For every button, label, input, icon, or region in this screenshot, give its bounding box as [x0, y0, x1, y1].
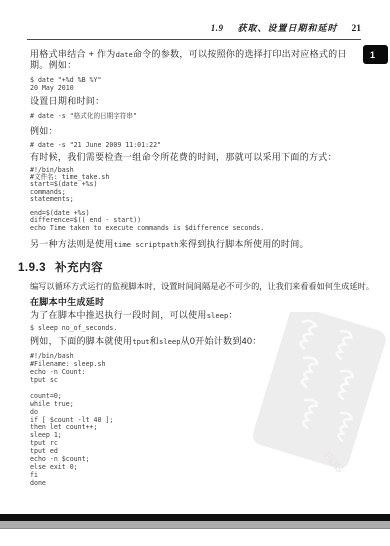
- code-line: $ sleep no_of_seconds.: [30, 325, 364, 333]
- header-section-title: 获取、设置日期和延时: [237, 21, 337, 34]
- chapter-number-tab: 1: [363, 45, 388, 64]
- code-line: then let count++;: [30, 424, 364, 432]
- code-line: echo -n $count;: [30, 456, 364, 464]
- code-line: commands;: [30, 189, 364, 196]
- text-segment: 编写以循环方式运行的监视脚本时，设置时间间隔是必不可少的，让我们来看看如何生成延…: [30, 282, 374, 291]
- chapter-number: 1: [370, 50, 375, 60]
- code-line: # date -s "21 June 2009 11:01:22": [30, 142, 364, 150]
- page-edge-line: [0, 528, 390, 529]
- code-block: $ sleep no_of_seconds.: [30, 325, 364, 333]
- code-line: [30, 385, 364, 393]
- text-segment: 从0开始计数到40：: [181, 336, 262, 346]
- code-line: else exit 0;: [30, 464, 364, 472]
- text-segment: 例如：: [30, 126, 58, 136]
- code-block: # date -s "21 June 2009 11:01:22": [30, 142, 364, 150]
- text-segment: ：: [228, 310, 237, 320]
- paragraph: 设置日期和时间：: [30, 96, 364, 107]
- header-section-number: 1.9: [211, 23, 224, 33]
- page-edge-gray-bar: [0, 521, 390, 528]
- paragraph: 例如，下面的脚本就使用tput和sleep从0开始计数到40：: [30, 336, 364, 347]
- paragraph: 有时候，我们需要检查一组命令所花费的时间，那就可以采用下面的方式：: [30, 152, 364, 163]
- section-heading-number: 1.9.3: [18, 262, 46, 274]
- text-segment: 用格式串结合 + 作为: [30, 49, 116, 59]
- book-page: 1.9 获取、设置日期和延时 21 1 用格式串结合 + 作为date命令的参数…: [0, 0, 390, 546]
- text-segment: 和: [150, 336, 159, 346]
- code-line: tput rc: [30, 440, 364, 448]
- paragraph: 另一种方法则是使用time scriptpath来得到执行脚本所使用的时间。: [30, 239, 364, 250]
- code-line: fi: [30, 472, 364, 480]
- page-content: 用格式串结合 + 作为date命令的参数，可以按照你的选择打印出对应格式的日期。…: [30, 45, 364, 488]
- inline-code: date: [116, 50, 133, 59]
- code-line: $ date "+%d %B %Y": [30, 77, 364, 85]
- code-line: echo Time taken to execute commands is $…: [30, 225, 364, 232]
- text-segment: 例如，下面的脚本就使用: [30, 336, 132, 346]
- text-segment: 有时候，我们需要检查一组命令所花费的时间，那就可以采用下面的方式：: [30, 152, 337, 162]
- section-heading-title: 补充内容: [55, 262, 103, 274]
- page-edge-black-bar: [0, 514, 390, 521]
- paragraph: 例如：: [30, 126, 364, 137]
- text-segment: 为了在脚本中推迟执行一段时间，可以使用: [30, 310, 207, 320]
- paragraph: 编写以循环方式运行的监视脚本时，设置时间间隔是必不可少的，让我们来看看如何生成延…: [30, 281, 364, 292]
- code-line: count=0;: [30, 393, 364, 401]
- text-segment: 另一种方法则是使用: [30, 239, 114, 249]
- inline-code: tput: [132, 337, 149, 346]
- code-block: # date -s "格式化的日期字符串": [30, 113, 364, 121]
- subsection-heading: 在脚本中生成延时: [30, 295, 364, 308]
- inline-code: sleep: [159, 337, 181, 346]
- code-line: done: [30, 480, 364, 488]
- section-heading: 1.9.3补充内容: [18, 259, 364, 275]
- page-header: 1.9 获取、设置日期和延时 21: [27, 21, 361, 40]
- code-line: # date -s "格式化的日期字符串": [30, 113, 364, 121]
- paragraph: 用格式串结合 + 作为date命令的参数，可以按照你的选择打印出对应格式的日期。…: [30, 49, 364, 71]
- header-page-number: 21: [352, 24, 362, 34]
- inline-code: time scriptpath: [114, 240, 179, 249]
- code-line: echo -n Count:: [30, 369, 364, 377]
- code-line: tput sc: [30, 377, 364, 385]
- paragraph: 为了在脚本中推迟执行一段时间，可以使用sleep：: [30, 310, 364, 321]
- code-line: start=$(date +%s): [30, 181, 364, 188]
- code-line: 20 May 2010: [30, 85, 364, 93]
- code-block: #!/bin/bash#Filename: sleep.shecho -n Co…: [30, 353, 364, 487]
- text-segment: 来得到执行脚本所使用的时间。: [179, 239, 309, 249]
- inline-code: sleep: [207, 311, 229, 320]
- code-block: $ date "+%d %B %Y"20 May 2010: [30, 77, 364, 92]
- code-line: sleep 1;: [30, 432, 364, 440]
- code-line: statements;: [30, 196, 364, 203]
- text-segment: 设置日期和时间：: [30, 96, 104, 106]
- code-block: #!/bin/bash#文件名: time_take.shstart=$(dat…: [30, 167, 364, 232]
- code-line: while true;: [30, 401, 364, 409]
